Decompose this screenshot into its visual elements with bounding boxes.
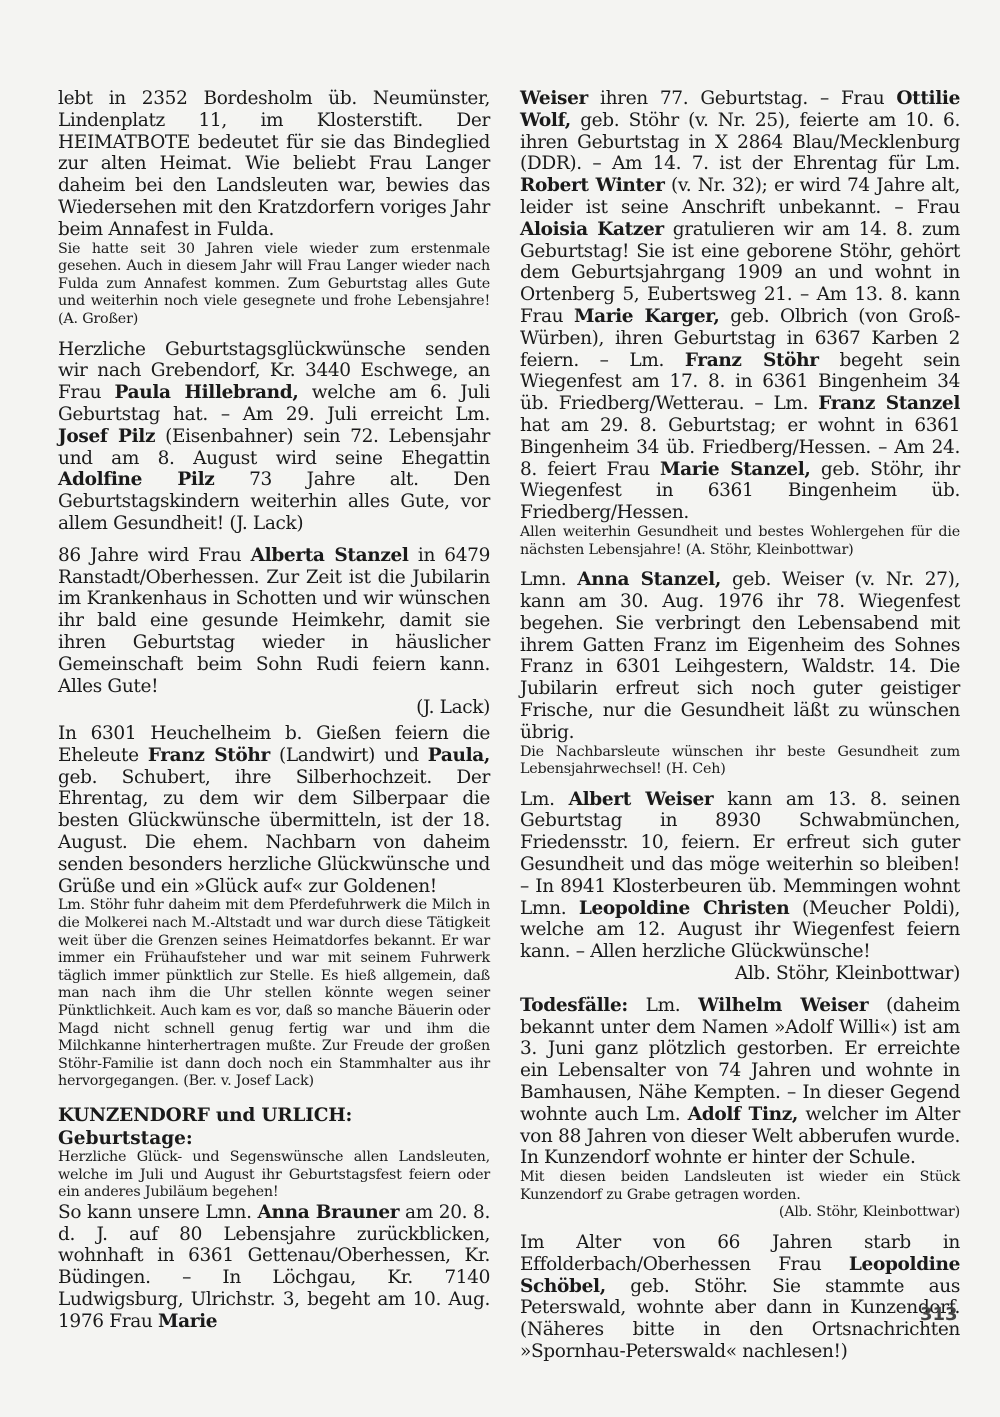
section-subheading: Geburtstage: — [58, 1128, 490, 1149]
signature: (Alb. Stöhr, Kleinbottwar) — [520, 1204, 960, 1222]
article-todesfaelle-note: Mit diesen beiden Landsleuten ist wieder… — [520, 1169, 960, 1204]
article-anna-stanzel: Lmn. Anna Stanzel, geb. Weiser (v. Nr. 2… — [520, 569, 960, 743]
article-todesfaelle: Todesfälle: Lm. Wilhelm Weiser (daheim b… — [520, 995, 960, 1169]
article-langer-note: Sie hatte seit 30 Jahren viele wieder zu… — [58, 241, 490, 329]
article-hillebrand-pilz: Herzliche Geburtstagsglückwünsche senden… — [58, 339, 490, 535]
left-column: lebt in 2352 Bordesholm üb. Neumünster, … — [58, 88, 490, 1333]
article-alberta-stanzel: 86 Jahre wird Frau Alberta Stanzel in 64… — [58, 545, 490, 698]
section-heading: KUNZENDORF und URLICH: — [58, 1105, 490, 1126]
right-column: Weiser ihren 77. Geburtstag. – Frau Otti… — [520, 88, 960, 1363]
article-silberhochzeit-note: Lm. Stöhr fuhr daheim mit dem Pferdefuhr… — [58, 897, 490, 1091]
article-birthdays-list: Weiser ihren 77. Geburtstag. – Frau Otti… — [520, 88, 960, 524]
page-number: 313 — [920, 1304, 958, 1325]
newspaper-page: lebt in 2352 Bordesholm üb. Neumünster, … — [0, 0, 1000, 1417]
article-birthdays-note: Allen weiterhin Gesundheit und bestes Wo… — [520, 524, 960, 559]
article-albert-weiser: Lm. Albert Weiser kann am 13. 8. seinen … — [520, 789, 960, 963]
article-schoebel: Im Alter von 66 Jahren starb in Effolder… — [520, 1232, 960, 1363]
signature: (J. Lack) — [58, 697, 490, 719]
article-langer: lebt in 2352 Bordesholm üb. Neumünster, … — [58, 88, 490, 241]
signature: Alb. Stöhr, Kleinbottwar) — [520, 963, 960, 985]
article-silberhochzeit: In 6301 Heuchelheim b. Gießen feiern die… — [58, 723, 490, 897]
section-intro: Herzliche Glück- und Segenswünsche allen… — [58, 1149, 490, 1202]
article-anna-stanzel-note: Die Nachbarsleute wünschen ihr beste Ges… — [520, 744, 960, 779]
article-brauner: So kann unsere Lmn. Anna Brauner am 20. … — [58, 1202, 490, 1333]
